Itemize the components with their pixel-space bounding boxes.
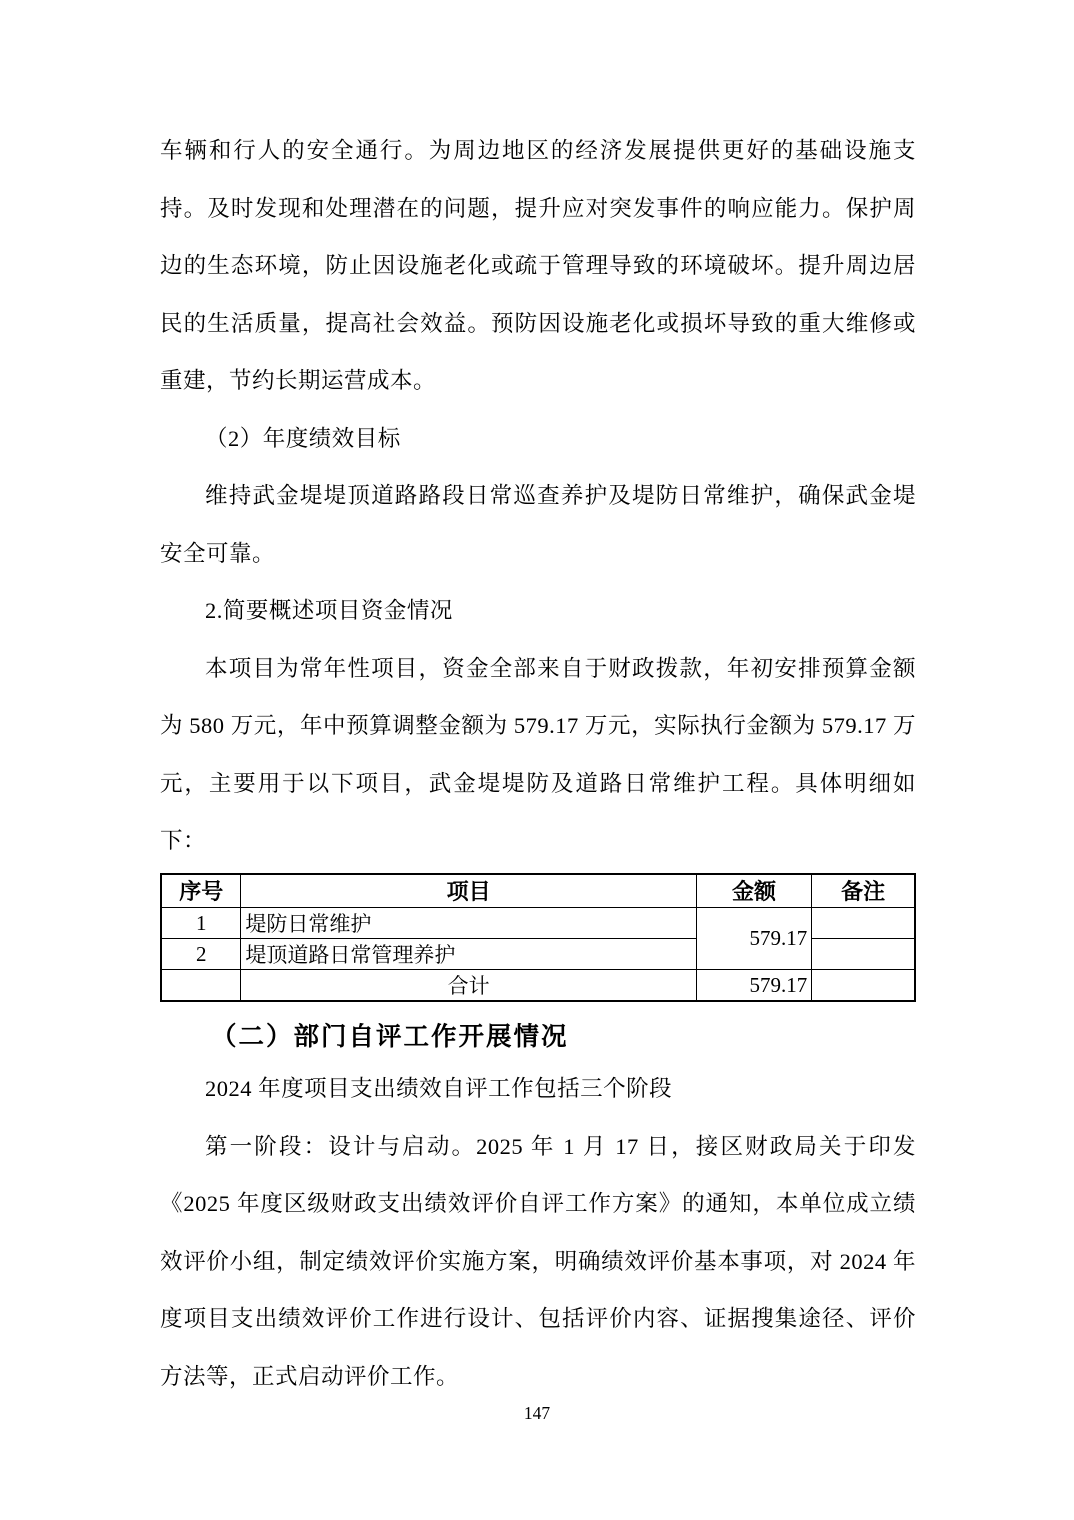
paragraph-continuation: 车辆和行人的安全通行。为周边地区的经济发展提供更好的基础设施支持。及时发现和处理… [160, 122, 916, 410]
header-amount: 金额 [696, 874, 811, 908]
paragraph-annual-goal-body: 维持武金堤堤顶道路路段日常巡查养护及堤防日常维护，确保武金堤安全可靠。 [160, 467, 916, 582]
paragraph-self-eval-stages: 2024 年度项目支出绩效自评工作包括三个阶段 [160, 1060, 916, 1118]
table-total-row: 合计 579.17 [161, 970, 915, 1002]
cell-amount-merged: 579.17 [696, 908, 811, 970]
cell-seq: 1 [161, 908, 241, 939]
paragraph-fund-overview-heading: 2.简要概述项目资金情况 [160, 582, 916, 640]
cell-item: 堤防日常维护 [241, 908, 696, 939]
cell-total-amount: 579.17 [696, 970, 811, 1002]
cell-seq: 2 [161, 939, 241, 970]
section-heading: （二）部门自评工作开展情况 [160, 1014, 916, 1060]
document-page: 车辆和行人的安全通行。为周边地区的经济发展提供更好的基础设施支持。及时发现和处理… [0, 0, 1074, 1520]
cell-note [812, 908, 915, 939]
header-item: 项目 [241, 874, 696, 908]
cell-total-seq [161, 970, 241, 1002]
paragraph-fund-overview-body: 本项目为常年性项目，资金全部来自于财政拨款，年初安排预算金额为 580 万元，年… [160, 640, 916, 870]
table-header-row: 序号 项目 金额 备注 [161, 874, 915, 908]
cell-total-label: 合计 [241, 970, 696, 1002]
funding-detail-table: 序号 项目 金额 备注 1 堤防日常维护 579.17 2 堤顶道路日常管理养护 [160, 873, 916, 1003]
header-note: 备注 [812, 874, 915, 908]
paragraph-stage-one: 第一阶段：设计与启动。2025 年 1 月 17 日，接区财政局关于印发《202… [160, 1118, 916, 1406]
header-seq: 序号 [161, 874, 241, 908]
page-number: 147 [0, 1402, 1074, 1424]
cell-total-note [812, 970, 915, 1002]
cell-item: 堤顶道路日常管理养护 [241, 939, 696, 970]
table-row: 1 堤防日常维护 579.17 [161, 908, 915, 939]
page-content: 车辆和行人的安全通行。为周边地区的经济发展提供更好的基础设施支持。及时发现和处理… [160, 122, 916, 1405]
cell-note [812, 939, 915, 970]
paragraph-annual-goal-heading: （2）年度绩效目标 [160, 410, 916, 468]
